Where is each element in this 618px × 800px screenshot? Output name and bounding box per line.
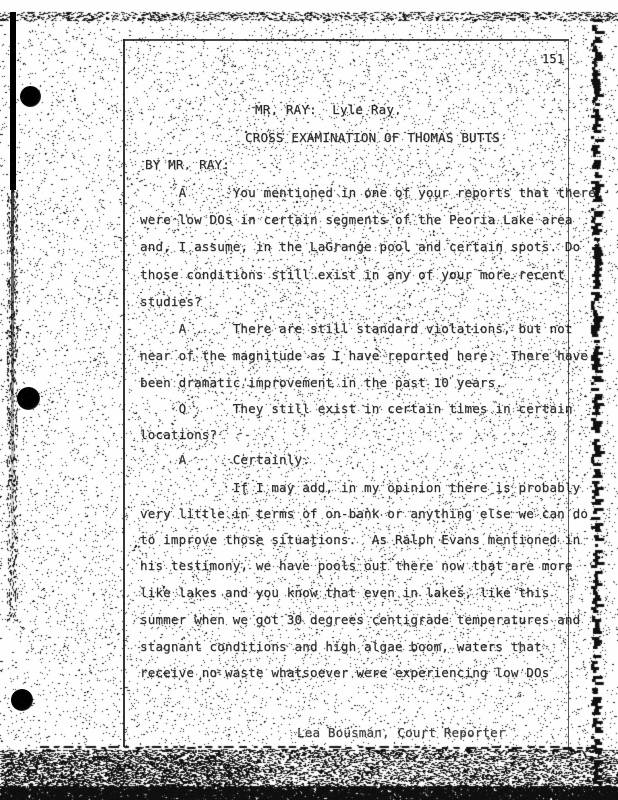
transcript-line: those conditions still exist in any of y… — [140, 268, 565, 282]
transcript-line: A You mentioned in one of your reports t… — [140, 186, 596, 200]
byline: BY MR. RAY: — [145, 158, 230, 172]
transcript-line: very little in terms of on-bank or anyth… — [140, 507, 588, 521]
transcript-line: been dramatic improvement in the past 10… — [140, 376, 503, 390]
transcript-line: were low DOs in certain segments of the … — [140, 213, 573, 227]
typed-text-layer: 151 MR. RAY: Lyle Ray. CROSS EXAMINATION… — [0, 0, 618, 800]
transcript-line: studies? — [140, 295, 202, 309]
transcript-line: receive no waste whatsoever were experie… — [140, 666, 549, 680]
transcript-line: his testimony, we have pools out there n… — [140, 559, 573, 573]
transcript-line: Q They still exist in certain times in c… — [140, 402, 573, 416]
transcript-line: to improve those situations. As Ralph Ev… — [140, 533, 580, 547]
transcript-line: like lakes and you know that even in lak… — [140, 586, 549, 600]
court-reporter-footer: Lea Bousman, Court Reporter — [297, 726, 506, 740]
examination-title: CROSS EXAMINATION OF THOMAS BUTTS — [245, 131, 500, 145]
transcript-line: and, I assume, in the LaGrange pool and … — [140, 240, 580, 254]
transcript-line: locations? — [140, 428, 217, 442]
examiner-heading: MR. RAY: Lyle Ray. — [255, 103, 402, 117]
transcript-line: A Certainly. — [140, 453, 310, 467]
transcript-line: stagnant conditions and high algae boom,… — [140, 640, 542, 654]
page-number: 151 — [542, 52, 564, 66]
transcript-line: A There are still standard violations, b… — [140, 322, 573, 336]
transcript-line: near of the magnitude as I have reported… — [140, 349, 588, 363]
transcript-line: If I may add, in my opinion there is pro… — [140, 481, 580, 495]
transcript-line: summer when we got 30 degrees centigrade… — [140, 613, 580, 627]
scanned-transcript-page: 151 MR. RAY: Lyle Ray. CROSS EXAMINATION… — [0, 0, 618, 800]
